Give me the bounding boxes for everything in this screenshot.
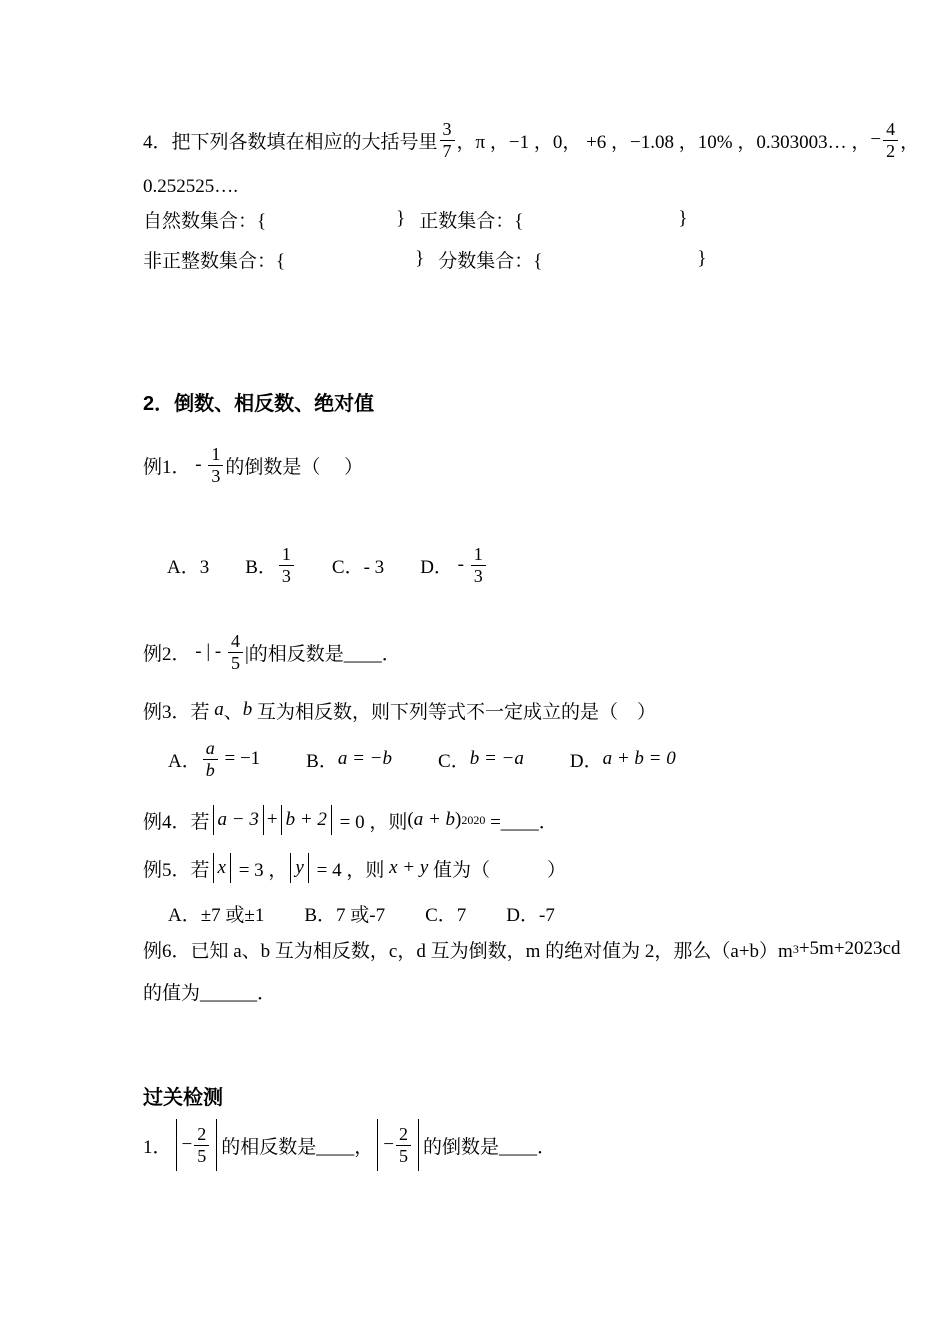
section-3-title: 过关检测 bbox=[143, 1081, 223, 1110]
option-d-equation: a + b = 0 bbox=[603, 748, 676, 770]
x-plus-y-expression: x + y bbox=[389, 857, 428, 879]
example-2-label: 例2． bbox=[143, 639, 191, 666]
natural-set-open: 自然数集合：{ bbox=[143, 206, 266, 233]
absolute-value-b-plus-2: b + 2 bbox=[281, 805, 332, 835]
absolute-value-neg-2-5: − 2 5 bbox=[377, 1119, 419, 1171]
example-6-text: 例6．已知 a、b 互为相反数，c，d 互为倒数，m 的绝对值为 2，那么（a+… bbox=[143, 936, 793, 963]
fraction-2-5: 2 5 bbox=[396, 1124, 411, 1165]
example-3-question: 互为相反数，则下列等式不一定成立的是（ ） bbox=[252, 697, 656, 724]
fraction-2-5: 2 5 bbox=[194, 1124, 209, 1165]
option-c: C．7 bbox=[425, 900, 466, 927]
positive-set-close: } bbox=[678, 208, 687, 230]
absolute-value-a-minus-3: a − 3 bbox=[213, 805, 264, 835]
absolute-value-y: y bbox=[290, 853, 308, 883]
section-2-heading: 2．倒数、相反数、绝对值 bbox=[143, 389, 374, 413]
option-a: A．3 bbox=[167, 552, 209, 579]
section-2-title: 2．倒数、相反数、绝对值 bbox=[143, 387, 374, 416]
sets-row-1: 自然数集合：{ } 正数集合：{ } bbox=[143, 206, 688, 232]
question-4-lead: 4．把下列各数填在相应的大括号里 bbox=[143, 127, 438, 154]
document-page: 4．把下列各数填在相应的大括号里 3 7 ，π ，−1 ，0， +6 ，−1.0… bbox=[0, 0, 950, 1344]
nonpositive-integer-set-open: 非正整数集合：{ bbox=[143, 246, 285, 273]
option-b-equation: a = −b bbox=[338, 748, 392, 770]
plus-sign: + bbox=[267, 809, 278, 831]
option-d: D．-7 bbox=[506, 900, 555, 927]
option-b: B． a = −b bbox=[306, 746, 392, 773]
question-4-line2: 0.252525…. bbox=[143, 174, 238, 200]
example-6-line2: 的值为______． bbox=[143, 978, 276, 1004]
option-c: C． b = −a bbox=[438, 746, 524, 773]
option-a: A． a b = −1 bbox=[168, 738, 260, 779]
example-3-pre: 例3．若 bbox=[143, 697, 214, 724]
example-5-options: A．±7 或±1 B．7 或-7 C．7 D．-7 bbox=[168, 900, 595, 926]
example-6-blank: 的值为______． bbox=[143, 978, 276, 1005]
option-d: D． - 1 3 bbox=[420, 544, 488, 585]
option-d-label: D． bbox=[570, 746, 603, 773]
question-1-tail: 的倒数是____． bbox=[423, 1132, 556, 1159]
option-a: A．±7 或±1 bbox=[168, 900, 264, 927]
example-6-line1: 例6．已知 a、b 互为相反数，c，d 互为倒数，m 的绝对值为 2，那么（a+… bbox=[143, 936, 900, 962]
absolute-value-neg-2-5: − 2 5 bbox=[176, 1119, 218, 1171]
negative-sign: − bbox=[383, 1134, 394, 1156]
natural-set-close: } bbox=[396, 208, 405, 230]
option-c-label: C． bbox=[438, 746, 470, 773]
positive-set-open: 正数集合：{ bbox=[419, 206, 523, 233]
fraction-1-3: 1 3 bbox=[471, 544, 486, 585]
fraction-1-3: 1 3 bbox=[279, 544, 294, 585]
fraction-3-7: 3 7 bbox=[440, 119, 455, 160]
option-d: D． a + b = 0 bbox=[570, 746, 676, 773]
fraction-4-2: 4 2 bbox=[883, 119, 898, 160]
trailing-comma: ， bbox=[900, 127, 919, 154]
nonpositive-integer-set-close: } bbox=[415, 248, 424, 270]
example-6-expression-tail: +5m+2023cd bbox=[799, 938, 901, 960]
example-5-question: 值为（ ） bbox=[428, 855, 566, 882]
example-4-blank: =____． bbox=[485, 807, 557, 834]
example-3-line: 例3．若 a 、 b 互为相反数，则下列等式不一定成立的是（ ） bbox=[143, 697, 656, 723]
example-1-options: A．3 B． 1 3 C．- 3 D． - 1 3 bbox=[167, 536, 524, 594]
test-question-1: 1． − 2 5 的相反数是____， − 2 5 的倒数是____． bbox=[143, 1116, 556, 1174]
option-a-equation: = −1 bbox=[220, 748, 260, 770]
option-b: B． 1 3 bbox=[245, 544, 296, 585]
equals-3: = 3 ， bbox=[234, 855, 287, 882]
option-c-equation: b = −a bbox=[470, 748, 524, 770]
example-4-equals-zero: = 0 ，则 bbox=[335, 807, 407, 834]
example-5-line: 例5．若 x = 3 ， y = 4 ，则 x + y 值为（ ） bbox=[143, 852, 566, 884]
example-1-line: 例1． - 1 3 的倒数是（ ） bbox=[143, 436, 363, 494]
equals-4: = 4 ，则 bbox=[312, 855, 389, 882]
example-2-abs-open: - | - bbox=[191, 641, 226, 663]
fraction-set-close: } bbox=[697, 248, 706, 270]
question-1-middle: 的相反数是____， bbox=[221, 1132, 373, 1159]
fraction-a-b: a b bbox=[203, 738, 218, 779]
example-4-pre: 例4．若 bbox=[143, 807, 210, 834]
question-4-line1: 4．把下列各数填在相应的大括号里 3 7 ，π ，−1 ，0， +6 ，−1.0… bbox=[143, 110, 919, 170]
example-2-question: |的相反数是____． bbox=[245, 639, 401, 666]
negative-sign: − bbox=[870, 129, 881, 151]
example-3-options: A． a b = −1 B． a = −b C． b = −a D． a + b… bbox=[168, 729, 722, 789]
separator: 、 bbox=[224, 697, 243, 724]
minus-sign: - bbox=[191, 454, 207, 476]
sets-row-2: 非正整数集合：{ } 分数集合：{ } bbox=[143, 246, 707, 272]
a-plus-b-expression: a + b bbox=[414, 809, 455, 831]
question-4-number-list: ，π ，−1 ，0， +6 ，−1.08 ，10% ，0.303003… ， bbox=[457, 127, 871, 154]
variable-a: a bbox=[214, 699, 224, 721]
example-1-label: 例1． bbox=[143, 452, 191, 479]
variable-b: b bbox=[243, 699, 253, 721]
fraction-set-open: 分数集合：{ bbox=[438, 246, 542, 273]
minus-sign: - bbox=[453, 554, 469, 576]
fraction-1-3: 1 3 bbox=[208, 444, 223, 485]
example-2-line: 例2． - | - 4 5 |的相反数是____． bbox=[143, 622, 401, 682]
exponent-2020: 2020 bbox=[461, 813, 485, 828]
option-b: B．7 或-7 bbox=[304, 900, 385, 927]
section-3-heading: 过关检测 bbox=[143, 1083, 223, 1107]
option-b-label: B． bbox=[306, 746, 338, 773]
negative-sign: − bbox=[182, 1134, 193, 1156]
example-1-question: 的倒数是（ ） bbox=[225, 452, 363, 479]
repeating-decimal: 0.252525…. bbox=[143, 176, 238, 198]
question-1-label: 1． bbox=[143, 1132, 172, 1159]
option-d-label: D． bbox=[420, 552, 453, 579]
example-5-pre: 例5．若 bbox=[143, 855, 210, 882]
option-a-label: A． bbox=[168, 746, 201, 773]
absolute-value-x: x bbox=[213, 853, 231, 883]
example-4-line: 例4．若 a − 3 + b + 2 = 0 ，则 ( a + b ) 2020… bbox=[143, 802, 558, 838]
option-c: C．- 3 bbox=[332, 552, 384, 579]
fraction-4-5: 4 5 bbox=[228, 631, 243, 672]
option-b-label: B． bbox=[245, 552, 277, 579]
